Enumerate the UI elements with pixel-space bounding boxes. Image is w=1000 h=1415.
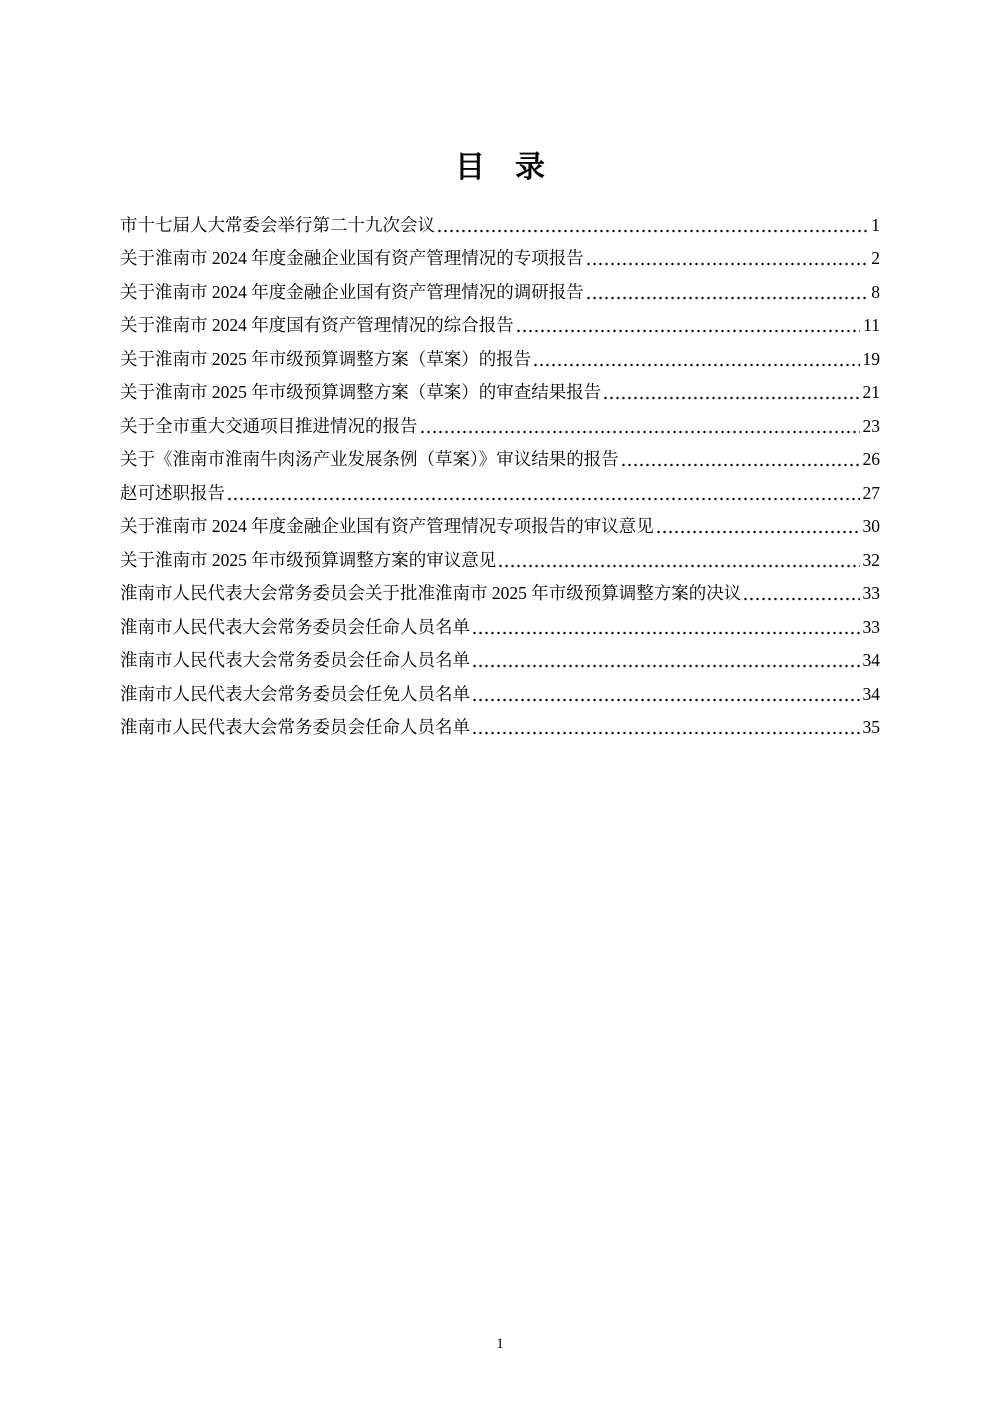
toc-entry: 淮南市人民代表大会常务委员会任免人员名单34 bbox=[120, 671, 880, 705]
toc-entry-title: 关于淮南市 2024 年度金融企业国有资产管理情况的专项报告 bbox=[120, 247, 584, 269]
toc-entry: 关于淮南市 2024 年度国有资产管理情况的综合报告11 bbox=[120, 303, 880, 337]
toc-entry: 淮南市人民代表大会常务委员会关于批准淮南市 2025 年市级预算调整方案的决议3… bbox=[120, 571, 880, 605]
toc-leader-dots bbox=[228, 497, 860, 501]
toc-entry-page: 34 bbox=[863, 649, 881, 671]
toc-entry-title: 淮南市人民代表大会常务委员会任命人员名单 bbox=[120, 716, 470, 738]
toc-leader-dots bbox=[622, 463, 860, 467]
toc-entry-title: 淮南市人民代表大会常务委员会任命人员名单 bbox=[120, 616, 470, 638]
toc-leader-dots bbox=[744, 597, 859, 601]
toc-entry-title: 关于淮南市 2024 年度金融企业国有资产管理情况专项报告的审议意见 bbox=[120, 515, 654, 537]
toc-leader-dots bbox=[438, 229, 868, 233]
toc-entry-page: 8 bbox=[871, 281, 880, 303]
toc-entry-page: 35 bbox=[863, 716, 881, 738]
toc-leader-dots bbox=[517, 329, 860, 333]
toc-entry-page: 32 bbox=[863, 549, 881, 571]
toc-entry-title: 淮南市人民代表大会常务委员会关于批准淮南市 2025 年市级预算调整方案的决议 bbox=[120, 582, 741, 604]
toc-leader-dots bbox=[587, 296, 869, 300]
toc-leader-dots bbox=[499, 564, 859, 568]
toc-entry: 关于《淮南市淮南牛肉汤产业发展条例（草案）》审议结果的报告26 bbox=[120, 437, 880, 471]
toc-leader-dots bbox=[473, 731, 860, 735]
toc-entry-page: 33 bbox=[863, 616, 881, 638]
toc-entry: 关于淮南市 2024 年度金融企业国有资产管理情况专项报告的审议意见30 bbox=[120, 504, 880, 538]
toc-entry: 关于淮南市 2025 年市级预算调整方案（草案）的审查结果报告21 bbox=[120, 370, 880, 404]
toc-entry-page: 11 bbox=[863, 314, 880, 336]
toc-entry-title: 关于淮南市 2025 年市级预算调整方案（草案）的审查结果报告 bbox=[120, 381, 601, 403]
toc-leader-dots bbox=[657, 530, 860, 534]
page-content: 目 录 市十七届人大常委会举行第二十九次会议1关于淮南市 2024 年度金融企业… bbox=[0, 0, 1000, 738]
toc-leader-dots bbox=[604, 396, 859, 400]
toc-entry-title: 关于淮南市 2024 年度国有资产管理情况的综合报告 bbox=[120, 314, 514, 336]
toc-entry-title: 淮南市人民代表大会常务委员会任命人员名单 bbox=[120, 649, 470, 671]
toc-entry: 关于淮南市 2025 年市级预算调整方案（草案）的报告19 bbox=[120, 336, 880, 370]
toc-entry-page: 21 bbox=[863, 381, 881, 403]
toc-entry-page: 33 bbox=[863, 582, 881, 604]
toc-entry-page: 30 bbox=[863, 515, 881, 537]
toc-entry-title: 关于《淮南市淮南牛肉汤产业发展条例（草案）》审议结果的报告 bbox=[120, 448, 619, 470]
toc-entry-title: 关于淮南市 2025 年市级预算调整方案（草案）的报告 bbox=[120, 348, 531, 370]
document-page: 目 录 市十七届人大常委会举行第二十九次会议1关于淮南市 2024 年度金融企业… bbox=[0, 0, 1000, 1415]
toc-entry-title: 市十七届人大常委会举行第二十九次会议 bbox=[120, 214, 435, 236]
toc-entry-page: 19 bbox=[863, 348, 881, 370]
toc-entry-title: 关于淮南市 2025 年市级预算调整方案的审议意见 bbox=[120, 549, 496, 571]
toc-entry: 关于全市重大交通项目推进情况的报告23 bbox=[120, 403, 880, 437]
toc-entry-title: 赵可述职报告 bbox=[120, 482, 225, 504]
toc-entry: 关于淮南市 2024 年度金融企业国有资产管理情况的调研报告8 bbox=[120, 269, 880, 303]
toc-leader-dots bbox=[421, 430, 860, 434]
toc-leader-dots bbox=[534, 363, 859, 367]
toc-entry-title: 淮南市人民代表大会常务委员会任免人员名单 bbox=[120, 683, 470, 705]
toc-leader-dots bbox=[587, 262, 869, 266]
toc-entry-page: 1 bbox=[871, 214, 880, 236]
toc-leader-dots bbox=[473, 664, 860, 668]
toc-leader-dots bbox=[473, 631, 860, 635]
toc-list: 市十七届人大常委会举行第二十九次会议1关于淮南市 2024 年度金融企业国有资产… bbox=[120, 202, 880, 738]
toc-entry: 淮南市人民代表大会常务委员会任命人员名单35 bbox=[120, 705, 880, 739]
toc-leader-dots bbox=[473, 698, 860, 702]
toc-entry-title: 关于淮南市 2024 年度金融企业国有资产管理情况的调研报告 bbox=[120, 281, 584, 303]
footer-page-number: 1 bbox=[496, 1336, 504, 1352]
toc-entry: 淮南市人民代表大会常务委员会任命人员名单33 bbox=[120, 604, 880, 638]
toc-entry-title: 关于全市重大交通项目推进情况的报告 bbox=[120, 415, 418, 437]
toc-entry-page: 23 bbox=[863, 415, 881, 437]
toc-entry-page: 27 bbox=[863, 482, 881, 504]
toc-entry: 关于淮南市 2025 年市级预算调整方案的审议意见32 bbox=[120, 537, 880, 571]
toc-entry-page: 34 bbox=[863, 683, 881, 705]
toc-entry: 淮南市人民代表大会常务委员会任命人员名单34 bbox=[120, 638, 880, 672]
toc-entry: 关于淮南市 2024 年度金融企业国有资产管理情况的专项报告2 bbox=[120, 236, 880, 270]
toc-entry-page: 26 bbox=[863, 448, 881, 470]
page-title: 目 录 bbox=[120, 150, 880, 186]
page-footer: 1 bbox=[0, 1336, 1000, 1353]
toc-entry: 市十七届人大常委会举行第二十九次会议1 bbox=[120, 202, 880, 236]
toc-entry-page: 2 bbox=[871, 247, 880, 269]
toc-entry: 赵可述职报告27 bbox=[120, 470, 880, 504]
